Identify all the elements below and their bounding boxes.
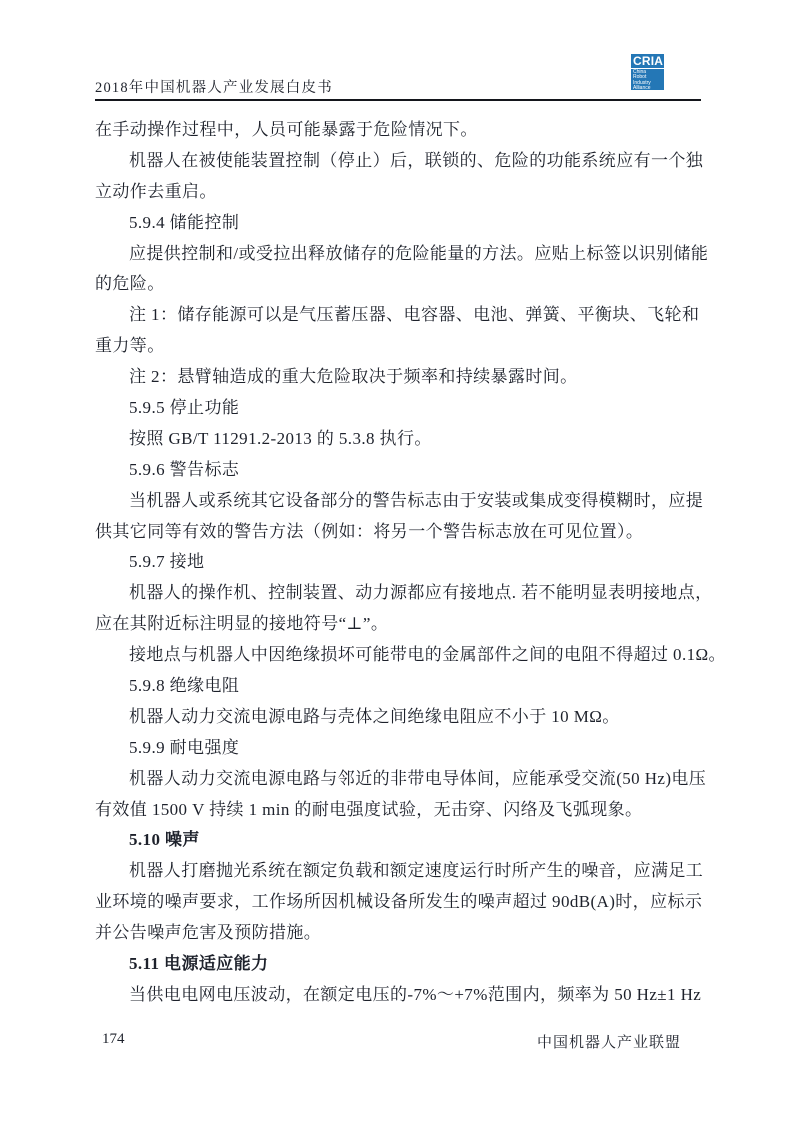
text-line: 供其它同等有效的警告方法（例如：将另一个警告标志放在可见位置）。 — [95, 517, 703, 548]
document-page: 2018年中国机器人产业发展白皮书 CRIA China Robot Indus… — [0, 0, 793, 1122]
text-line: 立动作去重启。 — [95, 177, 703, 208]
text-line: 机器人动力交流电源电路与邻近的非带电导体间，应能承受交流(50 Hz)电压 — [95, 764, 703, 795]
text-line: 并公告噪声危害及预防措施。 — [95, 918, 703, 949]
text-line: 5.11 电源适应能力 — [95, 949, 703, 980]
document-body: 在手动操作过程中，人员可能暴露于危险情况下。机器人在被使能装置控制（停止）后，联… — [95, 115, 703, 1011]
text-line: 机器人的操作机、控制装置、动力源都应有接地点. 若不能明显表明接地点， — [95, 578, 703, 609]
text-line: 重力等。 — [95, 331, 703, 362]
cria-logo: CRIA China Robot Industry Alliance — [631, 54, 664, 90]
text-line: 当机器人或系统其它设备部分的警告标志由于安装或集成变得模糊时，应提 — [95, 486, 703, 517]
cria-logo-subtext: China Robot Industry Alliance — [631, 69, 664, 90]
text-line: 5.9.6 警告标志 — [95, 455, 703, 486]
text-line: 当供电电网电压波动，在额定电压的-7%～+7%范围内，频率为 50 Hz±1 H… — [95, 980, 703, 1011]
logo-sub-line: Alliance — [633, 86, 664, 90]
text-line: 5.9.7 接地 — [95, 547, 703, 578]
text-line: 机器人在被使能装置控制（停止）后，联锁的、危险的功能系统应有一个独 — [95, 146, 703, 177]
header-title: 2018年中国机器人产业发展白皮书 — [95, 76, 333, 97]
cria-logo-abbr: CRIA — [631, 54, 664, 69]
text-line: 在手动操作过程中，人员可能暴露于危险情况下。 — [95, 115, 703, 146]
text-line: 应在其附近标注明显的接地符号“⊥”。 — [95, 609, 703, 640]
header-rule — [95, 99, 701, 101]
text-line: 的危险。 — [95, 269, 703, 300]
text-line: 有效值 1500 V 持续 1 min 的耐电强度试验，无击穿、闪络及飞弧现象。 — [95, 795, 703, 826]
text-line: 机器人动力交流电源电路与壳体之间绝缘电阻应不小于 10 MΩ。 — [95, 702, 703, 733]
footer-organization: 中国机器人产业联盟 — [537, 1031, 681, 1052]
text-line: 5.9.5 停止功能 — [95, 393, 703, 424]
footer-page-number: 174 — [102, 1031, 125, 1048]
text-line: 机器人打磨抛光系统在额定负载和额定速度运行时所产生的噪音，应满足工 — [95, 856, 703, 887]
text-line: 接地点与机器人中因绝缘损坏可能带电的金属部件之间的电阻不得超过 0.1Ω。 — [95, 640, 703, 671]
text-line: 5.9.8 绝缘电阻 — [95, 671, 703, 702]
text-line: 5.9.4 储能控制 — [95, 208, 703, 239]
text-line: 注 2：悬臂轴造成的重大危险取决于频率和持续暴露时间。 — [95, 362, 703, 393]
text-line: 注 1：储存能源可以是气压蓄压器、电容器、电池、弹簧、平衡块、飞轮和 — [95, 300, 703, 331]
text-line: 业环境的噪声要求，工作场所因机械设备所发生的噪声超过 90dB(A)时，应标示 — [95, 887, 703, 918]
text-line: 5.9.9 耐电强度 — [95, 733, 703, 764]
text-line: 5.10 噪声 — [95, 825, 703, 856]
text-line: 应提供控制和/或受拉出释放储存的危险能量的方法。应贴上标签以识别储能 — [95, 239, 703, 270]
text-line: 按照 GB/T 11291.2-2013 的 5.3.8 执行。 — [95, 424, 703, 455]
